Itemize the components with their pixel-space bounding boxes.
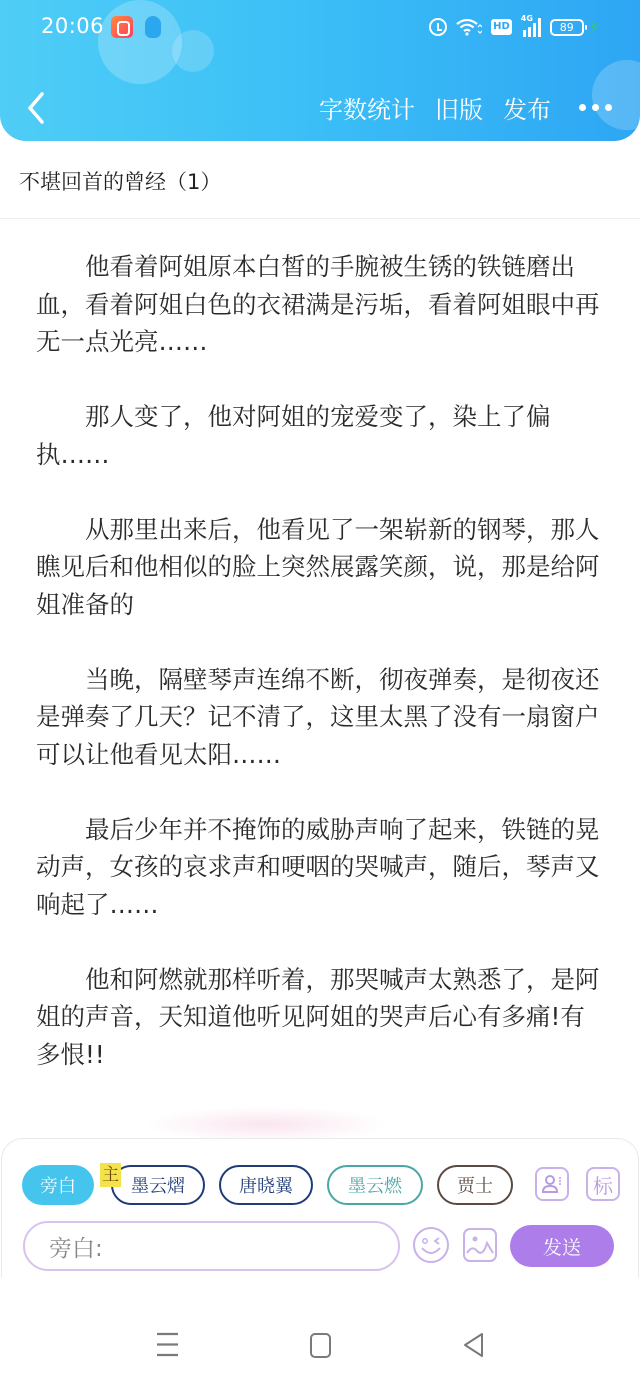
person-card-icon: [540, 1172, 564, 1196]
old-version-button[interactable]: 旧版: [435, 90, 483, 125]
mark-button[interactable]: 标: [586, 1167, 620, 1201]
faded-illustration: [130, 1088, 510, 1140]
charging-icon: ⚡: [589, 18, 600, 37]
emoji-wink-icon[interactable]: [412, 1226, 450, 1264]
status-time: 20:06: [41, 14, 104, 38]
battery-icon: 89: [550, 19, 584, 36]
message-input[interactable]: 旁白:: [23, 1221, 400, 1271]
wifi-icon: [456, 18, 482, 36]
role-manage-button[interactable]: [535, 1167, 569, 1201]
app-header: 20:06 HD 4G 89 ⚡ 字数统计 旧版: [0, 0, 640, 141]
image-icon[interactable]: [462, 1227, 498, 1263]
paragraph: 从那里出来后，他看见了一架崭新的钢琴，那人瞧见后和他相似的脸上突然展露笑颜，说，…: [36, 511, 608, 624]
role-chip-moyunran[interactable]: 墨云燃: [327, 1165, 423, 1205]
qq-icon: [145, 16, 161, 38]
video-app-icon: [111, 16, 133, 38]
story-content[interactable]: 他看着阿姐原本白皙的手腕被生锈的铁链磨出血，看着阿姐白色的衣裙满是污垢，看着阿姐…: [36, 248, 608, 1111]
role-chip-tangxiaoyi[interactable]: 唐晓翼: [219, 1165, 313, 1205]
chapter-title[interactable]: 不堪回首的曾经（1）: [19, 166, 221, 196]
hd-icon: HD: [491, 19, 512, 35]
role-chip-jiashi[interactable]: 贾士: [437, 1165, 513, 1205]
back-button[interactable]: [22, 90, 52, 126]
paragraph: 当晚，隔壁琴声连绵不断，彻夜弹奏，是彻夜还是弹奏了几天？记不清了，这里太黑了没有…: [36, 661, 608, 774]
role-selector: 旁白 主 墨云熠 唐晓翼 墨云燃 贾士: [22, 1165, 513, 1205]
role-chip-moyunyi[interactable]: 墨云熠: [111, 1165, 205, 1205]
paragraph: 他和阿燃就那样听着，那哭喊声太熟悉了，是阿姐的声音，天知道他听见阿姐的哭声后心有…: [36, 961, 608, 1074]
publish-button[interactable]: 发布: [503, 90, 551, 125]
role-chip-narrator[interactable]: 旁白: [22, 1165, 94, 1205]
nav-bar: 字数统计 旧版 发布: [0, 72, 640, 141]
home-icon[interactable]: [310, 1333, 331, 1358]
paragraph: 他看着阿姐原本白皙的手腕被生锈的铁链磨出血，看着阿姐白色的衣裙满是污垢，看着阿姐…: [36, 248, 608, 361]
more-dots-icon[interactable]: [579, 104, 612, 111]
chevron-left-icon: [30, 94, 42, 122]
signal-4g-icon: 4G: [521, 17, 541, 37]
paragraph: 最后少年并不掩饰的威胁声响了起来，铁链的晃动声，女孩的哀求声和哽咽的哭喊声，随后…: [36, 811, 608, 924]
word-count-button[interactable]: 字数统计: [319, 90, 415, 125]
alarm-icon: [429, 18, 447, 36]
system-nav-bar: [0, 1310, 640, 1387]
main-role-badge: 主: [100, 1163, 121, 1187]
menu-icon[interactable]: [156, 1332, 179, 1357]
back-triangle-icon[interactable]: [462, 1332, 486, 1358]
paragraph: 那人变了，他对阿姐的宠爱变了，染上了偏执……: [36, 398, 608, 473]
divider: [0, 218, 640, 219]
send-button[interactable]: 发送: [510, 1225, 614, 1267]
status-bar: 20:06 HD 4G 89 ⚡: [0, 0, 640, 56]
